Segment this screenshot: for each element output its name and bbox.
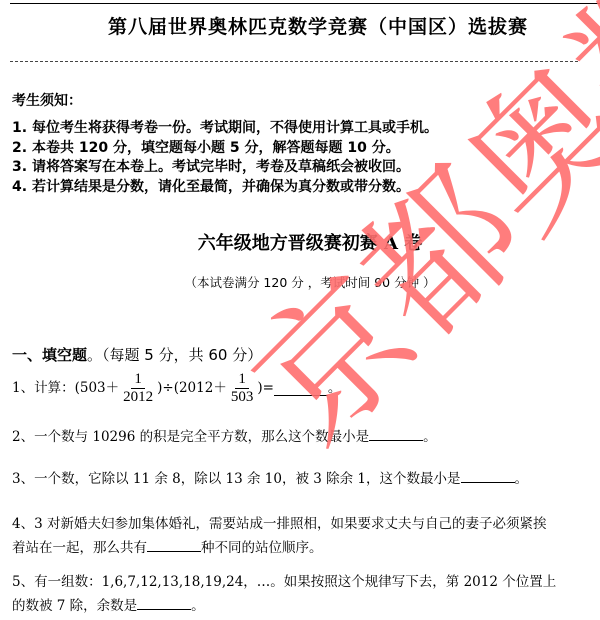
fraction: 12012: [123, 371, 153, 406]
fraction-numerator: 1: [131, 371, 145, 389]
notice-list: 1.每位考生将获得考卷一份。考试期间，不得使用计算工具或手机。 2.本卷共 12…: [12, 119, 438, 197]
notice-item: 1.每位考生将获得考卷一份。考试期间，不得使用计算工具或手机。: [12, 119, 438, 139]
notice-item: 4.若计算结果是分数，请化至最简，并确保为真分数或带分数。: [12, 178, 438, 198]
notice-item-text: 若计算结果是分数，请化至最简，并确保为真分数或带分数。: [32, 179, 410, 195]
top-border-rule: [10, 3, 600, 4]
notice-item: 3.请将答案写在本卷上。考试完毕时，考卷及草稿纸会被收回。: [12, 158, 438, 178]
question-text: 3、一个数，它除以 11 余 8，除以 13 余 10，被 3 除余 1，这个数…: [12, 471, 461, 487]
section-label: 一、填空题: [12, 346, 87, 364]
notice-item-text: 每位考生将获得考卷一份。考试期间，不得使用计算工具或手机。: [32, 120, 438, 136]
notice-item-number: 2.: [12, 139, 32, 159]
question-text: 1、计算：(503＋: [12, 376, 119, 400]
fraction-denominator: 503: [231, 389, 254, 406]
question-4: 4、3 对新婚夫妇参加集体婚礼，需要站成一排照相，如果要求丈夫与自己的妻子必须紧…: [12, 512, 546, 560]
question-1: 1、计算：(503＋ 12012 )÷(2012＋ 1503 )= 。: [12, 368, 341, 408]
paper-title: 六年级地方晋级赛初赛 A 卷: [0, 229, 600, 255]
question-text: )=: [257, 376, 274, 400]
notice-item-number: 3.: [12, 158, 32, 178]
question-text: 的数被 7 除，余数是: [12, 598, 137, 614]
question-end: 。: [423, 429, 437, 445]
notice-item-text: 请将答案写在本卷上。考试完毕时，考卷及草稿纸会被收回。: [32, 159, 410, 175]
question-text: 4、3 对新婚夫妇参加集体婚礼，需要站成一排照相，如果要求丈夫与自己的妻子必须紧…: [12, 512, 546, 536]
question-end: 。: [515, 471, 529, 487]
notice-item-number: 1.: [12, 119, 32, 139]
paper-subtitle: （本试卷满分 120 分 ，考试时间 90 分钟 ）: [0, 273, 600, 291]
question-text: 2、一个数与 10296 的积是完全平方数，那么这个数最小是: [12, 429, 369, 445]
question-2: 2、一个数与 10296 的积是完全平方数，那么这个数最小是。: [12, 425, 437, 449]
question-end: 。: [328, 376, 342, 400]
section-heading: 一、填空题。（每题 5 分，共 60 分）: [12, 344, 262, 365]
question-line: 的数被 7 除，余数是。: [12, 594, 556, 618]
question-text: )÷(2012＋: [157, 376, 227, 400]
dashed-divider: [10, 61, 578, 62]
answer-blank[interactable]: [369, 426, 423, 441]
answer-blank[interactable]: [274, 381, 328, 396]
fraction: 1503: [231, 371, 254, 406]
notice-item-number: 4.: [12, 178, 32, 198]
fraction-numerator: 1: [235, 371, 249, 389]
answer-blank[interactable]: [137, 595, 191, 610]
question-5: 5、有一组数：1,6,7,12,13,18,19,24，…。如果按照这个规律写下…: [12, 570, 556, 618]
question-line: 着站在一起，那么共有种不同的站位顺序。: [12, 536, 546, 560]
answer-blank[interactable]: [147, 537, 201, 552]
question-text: 。: [191, 598, 205, 614]
answer-blank[interactable]: [461, 468, 515, 483]
notice-item-text: 本卷共 120 分，填空题每小题 5 分，解答题每题 10 分。: [32, 140, 400, 156]
question-text: 5、有一组数：1,6,7,12,13,18,19,24，…。如果按照这个规律写下…: [12, 570, 556, 594]
fraction-denominator: 2012: [123, 389, 153, 406]
question-3: 3、一个数，它除以 11 余 8，除以 13 余 10，被 3 除余 1，这个数…: [12, 467, 528, 491]
notice-item: 2.本卷共 120 分，填空题每小题 5 分，解答题每题 10 分。: [12, 139, 438, 159]
question-text: 着站在一起，那么共有: [12, 540, 147, 556]
question-text: 种不同的站位顺序。: [201, 540, 323, 556]
notice-heading: 考生须知：: [12, 90, 82, 110]
section-note: 。（每题 5 分，共 60 分）: [87, 346, 262, 364]
document-title: 第八届世界奥林匹克数学竞赛（中国区）选拔赛: [0, 12, 600, 39]
